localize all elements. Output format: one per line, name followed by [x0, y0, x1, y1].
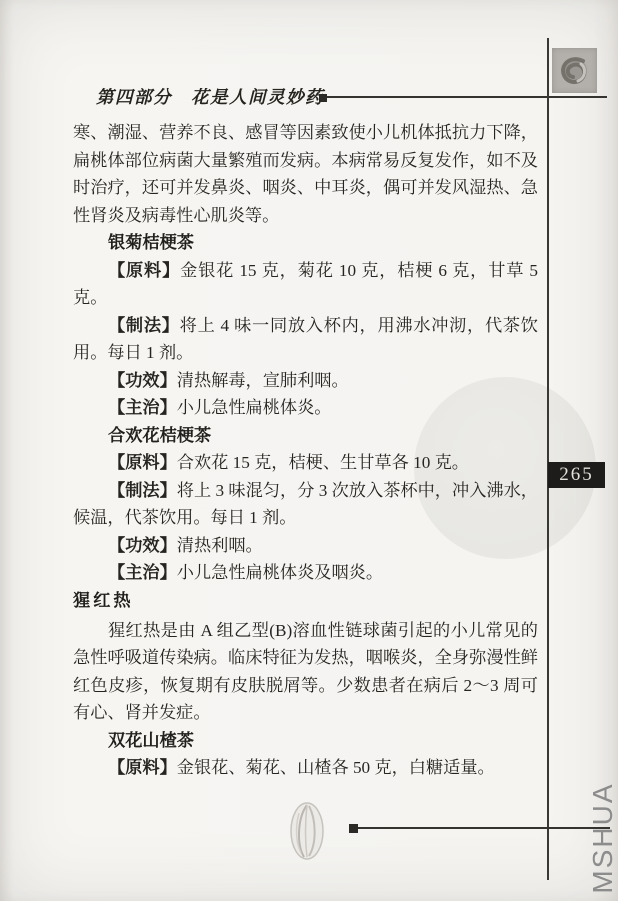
recipe-item-line: 【制法】将上 4 味一同放入杯内，用沸水冲沏，代茶饮用。每日 1 剂。 — [73, 312, 538, 367]
body-column: 寒、潮湿、营养不良、感冒等因素致使小儿机体抵抗力下降，扁桃体部位病菌大量繁殖而发… — [73, 119, 538, 782]
recipe-item-label: 【主治】 — [108, 397, 177, 417]
recipe-item-label: 【原料】 — [108, 452, 177, 472]
page-number-tab: 265 — [548, 462, 605, 488]
footer-marker-square — [349, 824, 358, 833]
recipe-section: 合欢花桔梗茶 【原料】合欢花 15 克，桔梗、生甘草各 10 克。 【制法】将上… — [73, 422, 538, 587]
intro-paragraph: 寒、潮湿、营养不良、感冒等因素致使小儿机体抵抗力下降，扁桃体部位病菌大量繁殖而发… — [73, 119, 538, 229]
recipe-item-line: 【原料】合欢花 15 克，桔梗、生甘草各 10 克。 — [73, 449, 538, 477]
recipe-item-line: 【功效】清热解毒，宣肺利咽。 — [73, 367, 538, 395]
recipe-item-text: 金银花、菊花、山楂各 50 克，白糖适量。 — [177, 758, 495, 777]
recipe-section: 双花山楂茶 【原料】金银花、菊花、山楂各 50 克，白糖适量。 — [73, 727, 538, 782]
recipe-item-line: 【功效】清热利咽。 — [73, 532, 538, 560]
recipe-item-label: 【制法】 — [108, 315, 180, 335]
recipe-item-text: 清热解毒，宣肺利咽。 — [177, 371, 349, 390]
recipe-item-text: 小儿急性扁桃体炎及咽炎。 — [177, 563, 383, 582]
scanned-book-page: 第四部分 花是人间灵妙药 265 MSHUA 寒、潮湿、营养不良、感冒等因素致使… — [0, 0, 618, 901]
recipe-section: 银菊桔梗茶 【原料】金银花 15 克，菊花 10 克，桔梗 6 克，甘草 5 克… — [73, 229, 538, 422]
recipe-item-text: 合欢花 15 克，桔梗、生甘草各 10 克。 — [177, 453, 469, 472]
recipe-title: 合欢花桔梗茶 — [73, 422, 538, 450]
shell-swirl-icon — [552, 48, 597, 93]
footer-rule — [358, 827, 610, 829]
chapter-section: 猩红热 猩红热是由 A 组乙型(B)溶血性链球菌引起的小儿常见的急性呼吸道传染病… — [73, 587, 538, 727]
page-number: 265 — [559, 464, 594, 486]
recipe-item-label: 【原料】 — [108, 260, 180, 280]
recipe-title: 双花山楂茶 — [73, 727, 538, 755]
recipe-item-text: 小儿急性扁桃体炎。 — [177, 398, 332, 417]
chapter-header-title: 第四部分 花是人间灵妙药 — [96, 84, 324, 109]
chapter-title: 猩红热 — [73, 587, 538, 617]
chapter-paragraph: 猩红热是由 A 组乙型(B)溶血性链球菌引起的小儿常见的急性呼吸道传染病。临床特… — [73, 617, 538, 727]
recipe-item-line: 【原料】金银花、菊花、山楂各 50 克，白糖适量。 — [73, 754, 538, 782]
recipe-item-line: 【原料】金银花 15 克，菊花 10 克，桔梗 6 克，甘草 5 克。 — [73, 257, 538, 312]
recipe-item-label: 【制法】 — [108, 480, 177, 500]
recipe-item-label: 【功效】 — [108, 535, 177, 555]
recipe-item-label: 【主治】 — [108, 562, 177, 582]
right-vertical-rule — [547, 38, 549, 880]
flower-bud-image — [287, 801, 327, 866]
recipe-item-line: 【制法】将上 3 味混匀，分 3 次放入茶杯中，冲入沸水，候温，代茶饮用。每日 … — [73, 477, 538, 532]
side-watermark-text: MSHUA — [587, 782, 618, 893]
header-bullet-marker — [319, 94, 327, 102]
recipe-item-label: 【功效】 — [108, 370, 177, 390]
recipe-item-label: 【原料】 — [108, 757, 177, 777]
recipe-item-text: 清热利咽。 — [177, 536, 263, 555]
recipe-title: 银菊桔梗茶 — [73, 229, 538, 257]
header-rule — [327, 96, 607, 98]
recipe-item-line: 【主治】小儿急性扁桃体炎及咽炎。 — [73, 559, 538, 587]
recipe-item-line: 【主治】小儿急性扁桃体炎。 — [73, 394, 538, 422]
